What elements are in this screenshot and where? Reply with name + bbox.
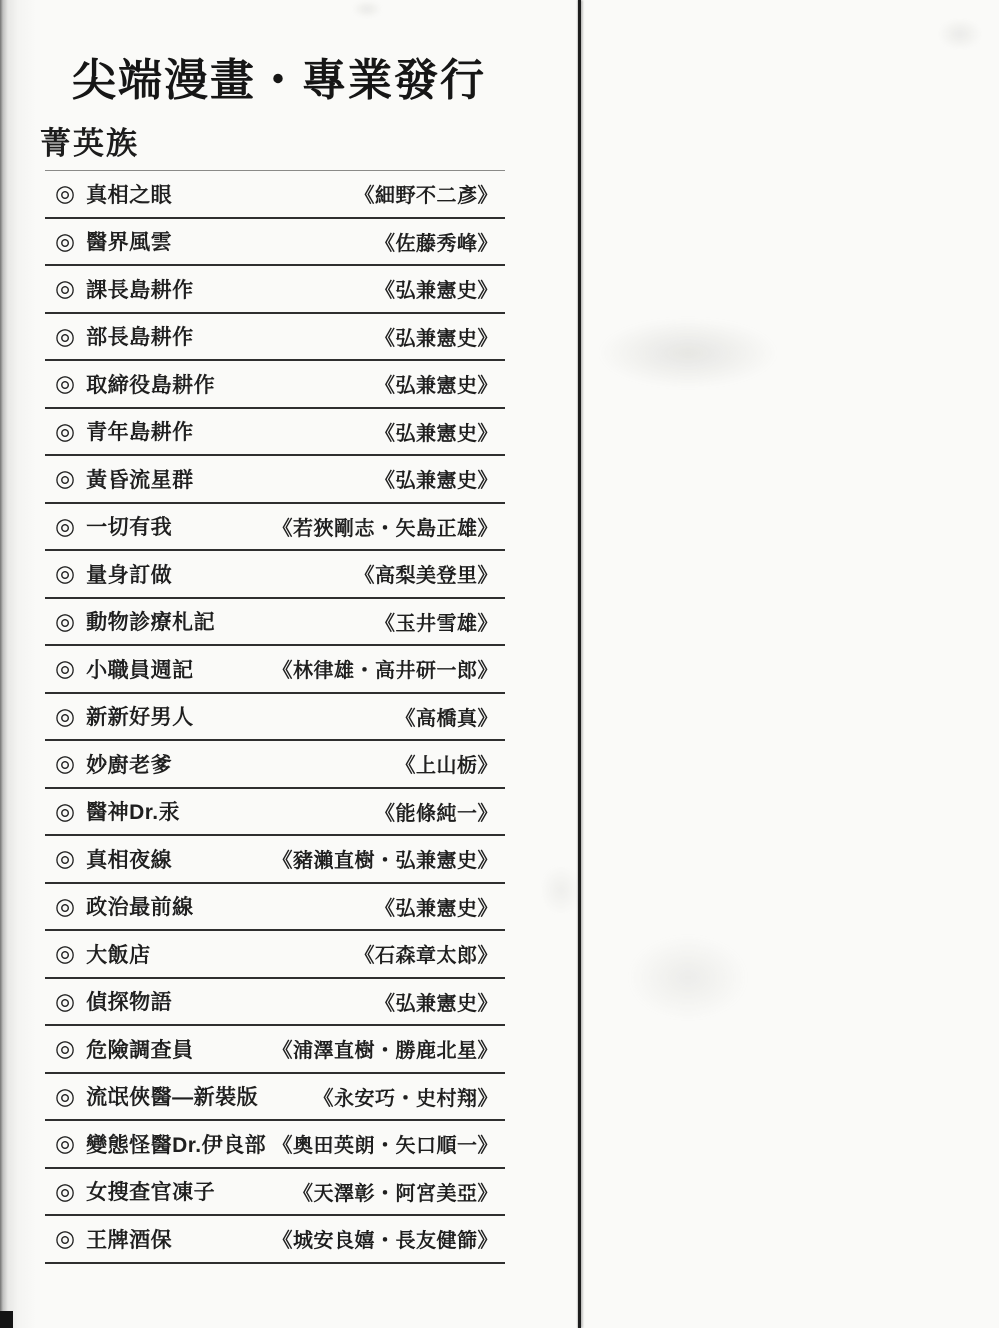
list-item: ◎變態怪醫Dr.伊良部《奧田英朗・矢口順一》 xyxy=(45,1121,505,1169)
entry-title: 政治最前線 xyxy=(86,891,194,921)
entry-author: 《豬瀨直樹・弘兼憲史》 xyxy=(273,844,499,873)
entry-title: 小職員週記 xyxy=(86,654,194,684)
ink-bleed-smudge xyxy=(352,0,382,18)
list-item: ◎醫神Dr.汞《能條純一》 xyxy=(45,789,505,837)
manga-list: ◎真相之眼《細野不二彥》◎醫界風雲《佐藤秀峰》◎課長島耕作《弘兼憲史》◎部長島耕… xyxy=(45,170,505,1264)
double-circle-bullet-icon: ◎ xyxy=(55,1227,75,1250)
entry-title: 課長島耕作 xyxy=(86,274,194,304)
entry-title: 黃昏流星群 xyxy=(86,464,194,494)
double-circle-bullet-icon: ◎ xyxy=(55,610,75,633)
double-circle-bullet-icon: ◎ xyxy=(55,467,75,490)
entry-title: 一切有我 xyxy=(86,511,172,541)
list-item: ◎動物診療札記《玉井雪雄》 xyxy=(45,599,505,647)
double-circle-bullet-icon: ◎ xyxy=(55,847,75,870)
double-circle-bullet-icon: ◎ xyxy=(55,325,75,348)
list-item: ◎流氓俠醫—新裝版《永安巧・史村翔》 xyxy=(45,1074,505,1122)
entry-title: 危險調查員 xyxy=(86,1034,194,1064)
ink-bleed-smudge xyxy=(628,935,748,1020)
list-item: ◎小職員週記《林律雄・高井研一郎》 xyxy=(45,646,505,694)
list-item: ◎大飯店《石森章太郎》 xyxy=(45,931,505,979)
double-circle-bullet-icon: ◎ xyxy=(55,182,75,205)
ink-bleed-smudge xyxy=(540,865,582,915)
list-item: ◎政治最前線《弘兼憲史》 xyxy=(45,884,505,932)
page-title: 尖端漫畫・專業發行 xyxy=(72,44,486,108)
entry-title: 量身訂做 xyxy=(86,559,172,589)
list-item: ◎女搜查官凍子《天澤彰・阿宮美亞》 xyxy=(45,1169,505,1217)
double-circle-bullet-icon: ◎ xyxy=(55,277,75,300)
list-item: ◎量身訂做《高梨美登里》 xyxy=(45,551,505,599)
entry-title: 部長島耕作 xyxy=(86,321,194,351)
entry-title: 取締役島耕作 xyxy=(86,369,215,399)
double-circle-bullet-icon: ◎ xyxy=(55,1037,75,1060)
entry-author: 《弘兼憲史》 xyxy=(375,464,498,493)
double-circle-bullet-icon: ◎ xyxy=(55,1132,75,1155)
double-circle-bullet-icon: ◎ xyxy=(55,990,75,1013)
double-circle-bullet-icon: ◎ xyxy=(55,942,75,965)
scan-artifact-corner xyxy=(0,1311,13,1328)
entry-author: 《弘兼憲史》 xyxy=(375,987,498,1016)
double-circle-bullet-icon: ◎ xyxy=(55,1180,75,1203)
list-item: ◎危險調查員《浦澤直樹・勝鹿北星》 xyxy=(45,1026,505,1074)
entry-title: 變態怪醫Dr.伊良部 xyxy=(86,1129,266,1159)
double-circle-bullet-icon: ◎ xyxy=(55,752,75,775)
entry-title: 大飯店 xyxy=(86,939,151,969)
entry-author: 《林律雄・高井研一郎》 xyxy=(273,654,499,683)
entry-author: 《奧田英朗・矢口順一》 xyxy=(273,1129,499,1158)
list-item: ◎一切有我《若狹剛志・矢島正雄》 xyxy=(45,504,505,552)
list-item: ◎新新好男人《高橋真》 xyxy=(45,694,505,742)
entry-author: 《弘兼憲史》 xyxy=(375,892,498,921)
list-item: ◎真相之眼《細野不二彥》 xyxy=(45,171,505,219)
entry-author: 《城安良嬉・長友健篩》 xyxy=(273,1224,499,1253)
entry-author: 《高梨美登里》 xyxy=(355,559,499,588)
list-item: ◎真相夜線《豬瀨直樹・弘兼憲史》 xyxy=(45,836,505,884)
double-circle-bullet-icon: ◎ xyxy=(55,230,75,253)
list-item: ◎課長島耕作《弘兼憲史》 xyxy=(45,266,505,314)
entry-author: 《高橋真》 xyxy=(396,702,499,731)
double-circle-bullet-icon: ◎ xyxy=(55,800,75,823)
entry-title: 偵探物語 xyxy=(86,986,172,1016)
entry-author: 《佐藤秀峰》 xyxy=(375,227,498,256)
entry-author: 《若狹剛志・矢島正雄》 xyxy=(273,512,499,541)
double-circle-bullet-icon: ◎ xyxy=(55,705,75,728)
entry-author: 《弘兼憲史》 xyxy=(375,322,498,351)
double-circle-bullet-icon: ◎ xyxy=(55,562,75,585)
list-item: ◎取締役島耕作《弘兼憲史》 xyxy=(45,361,505,409)
list-item: ◎黃昏流星群《弘兼憲史》 xyxy=(45,456,505,504)
entry-author: 《弘兼憲史》 xyxy=(375,417,498,446)
entry-author: 《玉井雪雄》 xyxy=(375,607,498,636)
entry-title: 醫界風雲 xyxy=(86,226,172,256)
list-item: ◎醫界風雲《佐藤秀峰》 xyxy=(45,219,505,267)
entry-author: 《上山栃》 xyxy=(396,749,499,778)
scanned-book-page: 尖端漫畫・專業發行 菁英族 ◎真相之眼《細野不二彥》◎醫界風雲《佐藤秀峰》◎課長… xyxy=(0,0,999,1328)
double-circle-bullet-icon: ◎ xyxy=(55,372,75,395)
entry-author: 《天澤彰・阿宮美亞》 xyxy=(293,1177,498,1206)
entry-title: 王牌酒保 xyxy=(86,1224,172,1254)
page-fold-line xyxy=(578,0,581,1328)
scan-gutter-shadow xyxy=(0,0,36,1328)
entry-title: 新新好男人 xyxy=(86,701,194,731)
double-circle-bullet-icon: ◎ xyxy=(55,515,75,538)
entry-author: 《永安巧・史村翔》 xyxy=(314,1082,499,1111)
entry-title: 青年島耕作 xyxy=(86,416,194,446)
list-item: ◎偵探物語《弘兼憲史》 xyxy=(45,979,505,1027)
entry-title: 真相之眼 xyxy=(86,179,172,209)
entry-title: 動物診療札記 xyxy=(86,606,215,636)
entry-title: 妙廚老爹 xyxy=(86,749,172,779)
double-circle-bullet-icon: ◎ xyxy=(55,420,75,443)
double-circle-bullet-icon: ◎ xyxy=(55,1085,75,1108)
entry-author: 《弘兼憲史》 xyxy=(375,369,498,398)
entry-title: 醫神Dr.汞 xyxy=(86,796,180,826)
entry-author: 《能條純一》 xyxy=(375,797,498,826)
section-header: 菁英族 xyxy=(40,118,139,163)
list-item: ◎王牌酒保《城安良嬉・長友健篩》 xyxy=(45,1216,505,1264)
entry-author: 《弘兼憲史》 xyxy=(375,274,498,303)
entry-title: 女搜查官凍子 xyxy=(86,1176,215,1206)
ink-bleed-smudge xyxy=(598,318,778,388)
entry-author: 《細野不二彥》 xyxy=(355,179,499,208)
double-circle-bullet-icon: ◎ xyxy=(55,657,75,680)
list-item: ◎部長島耕作《弘兼憲史》 xyxy=(45,314,505,362)
list-item: ◎青年島耕作《弘兼憲史》 xyxy=(45,409,505,457)
entry-author: 《石森章太郎》 xyxy=(355,939,499,968)
entry-title: 真相夜線 xyxy=(86,844,172,874)
entry-title: 流氓俠醫—新裝版 xyxy=(86,1081,258,1111)
ink-bleed-smudge xyxy=(938,18,982,50)
entry-author: 《浦澤直樹・勝鹿北星》 xyxy=(273,1034,499,1063)
double-circle-bullet-icon: ◎ xyxy=(55,895,75,918)
list-item: ◎妙廚老爹《上山栃》 xyxy=(45,741,505,789)
